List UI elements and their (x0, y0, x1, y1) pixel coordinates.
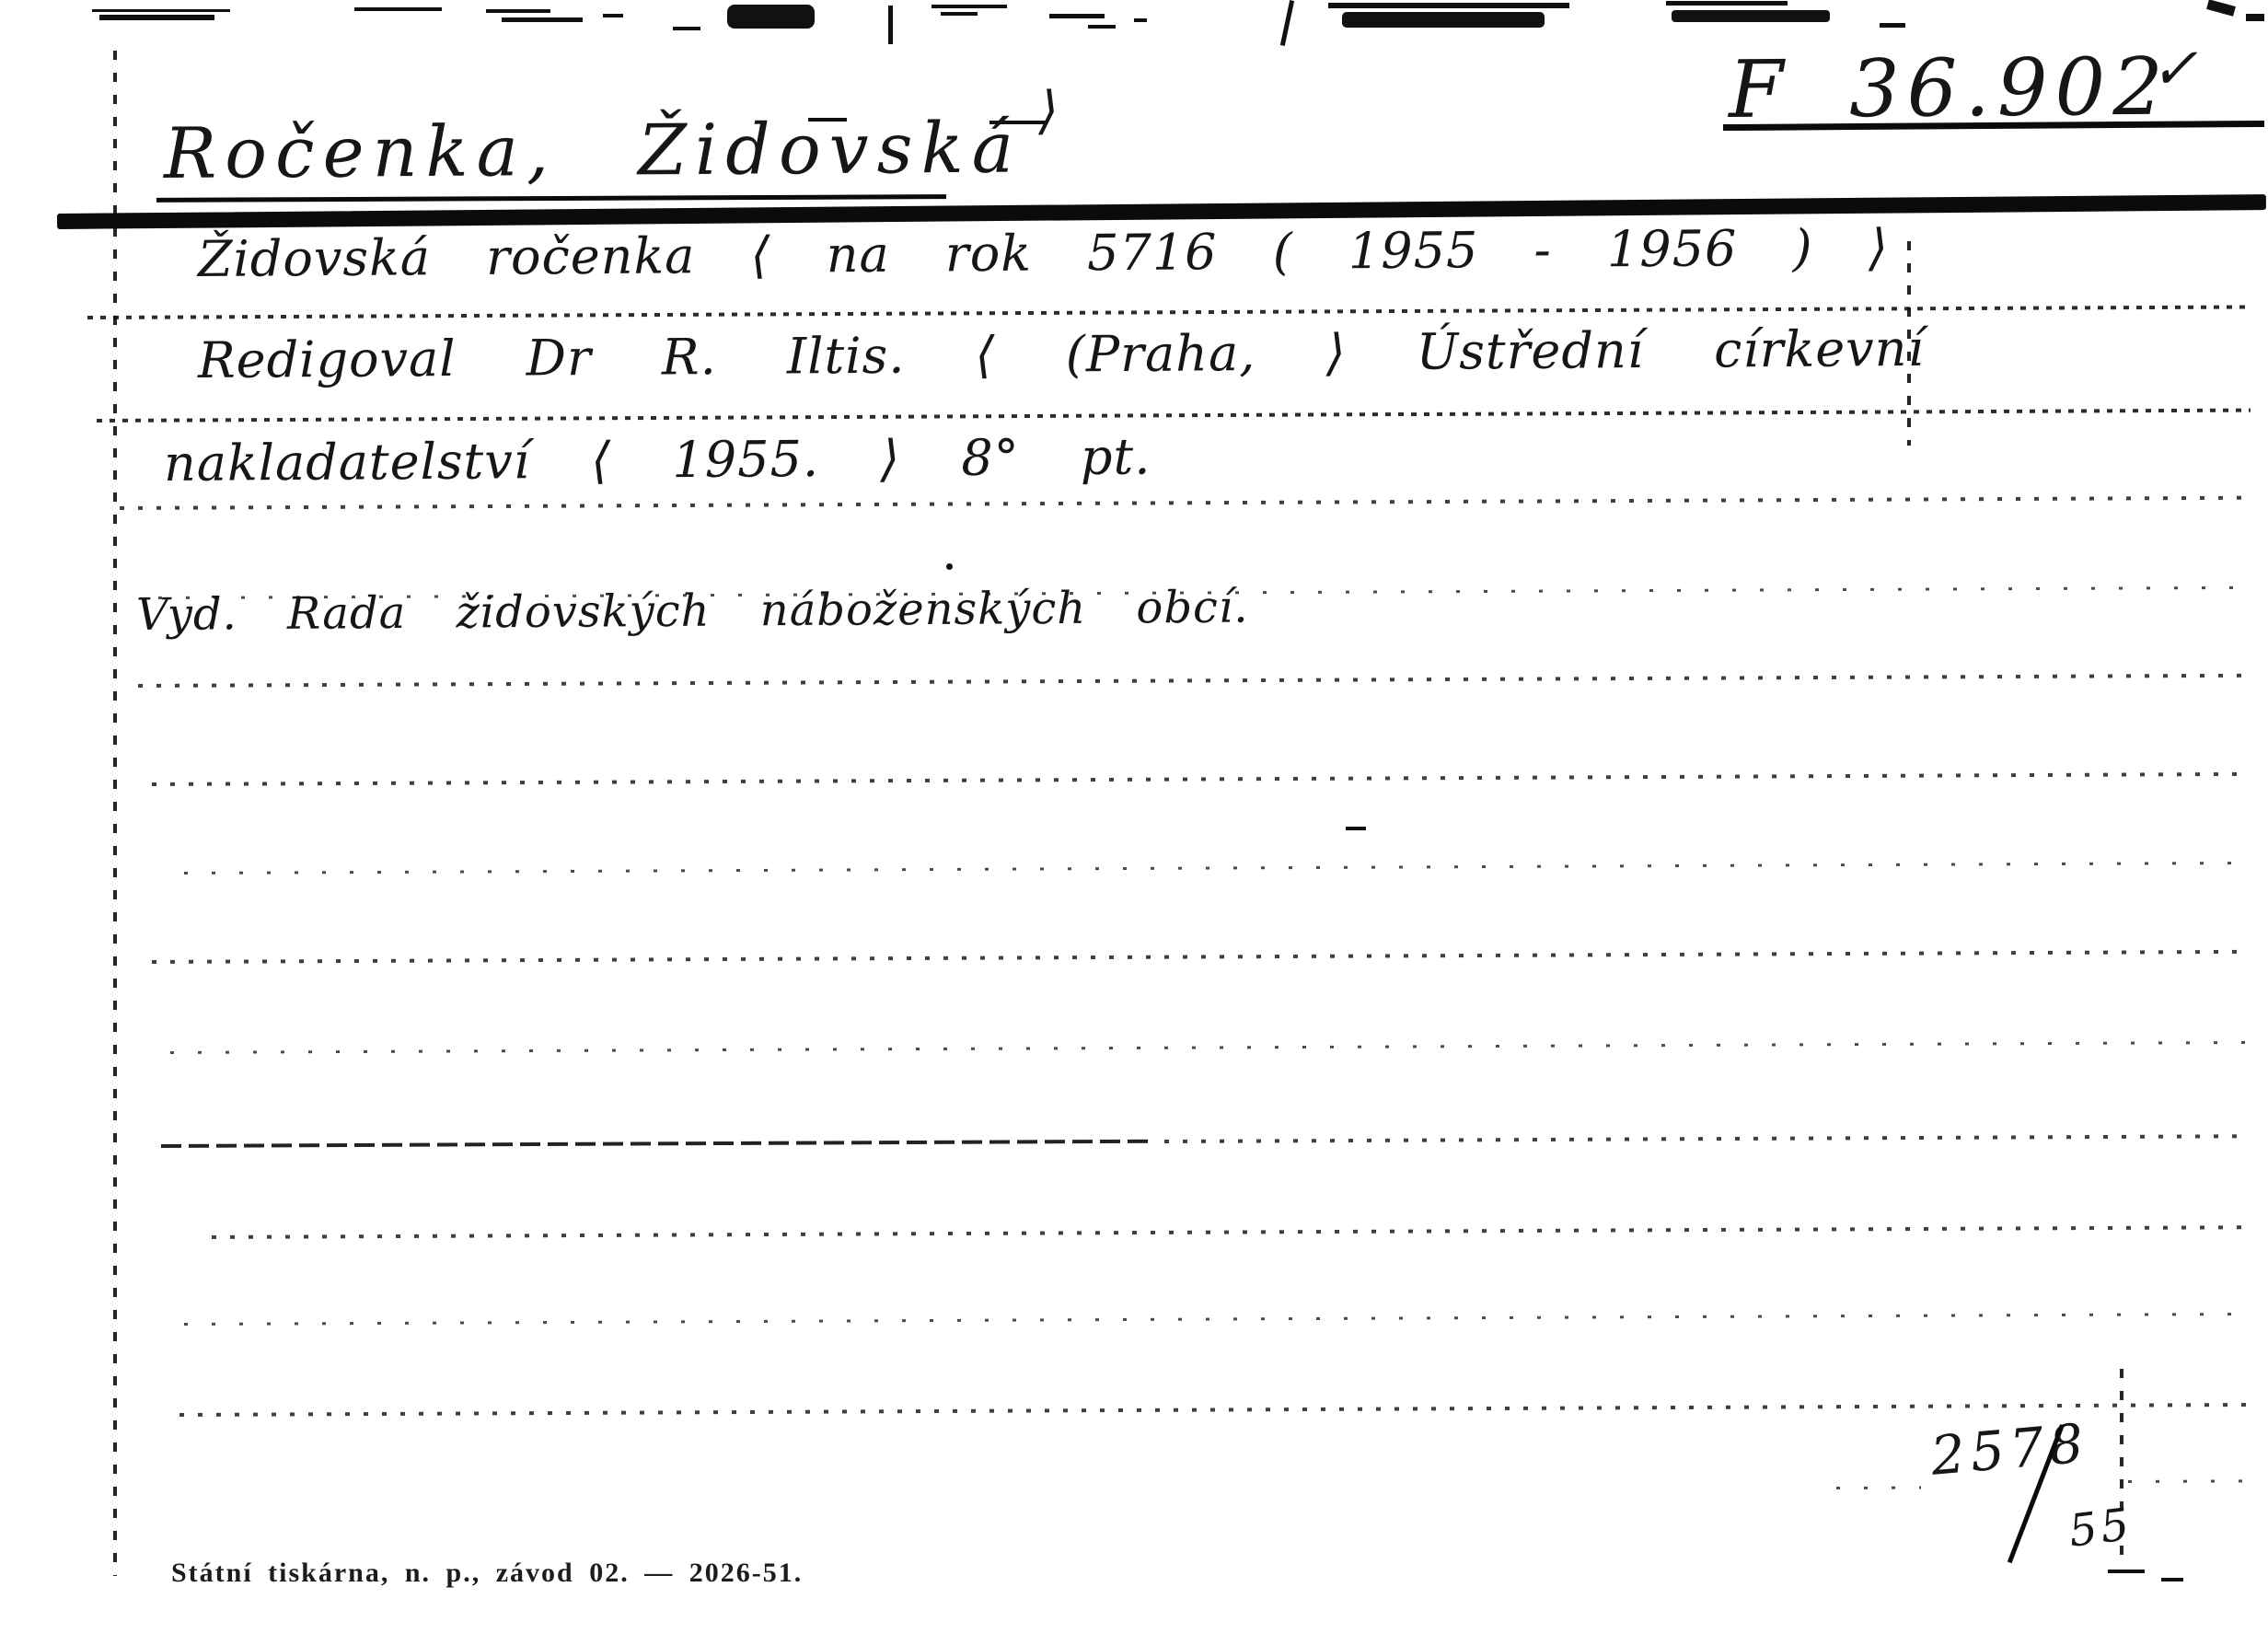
scan-noise (1666, 1, 1788, 6)
scan-noise (92, 9, 230, 12)
accession-numerator: 2578 (1928, 1411, 2091, 1488)
heading-underline (156, 194, 946, 203)
accession-denominator: 55 (2066, 1499, 2135, 1558)
ruled-line (97, 409, 2251, 423)
scan-noise (1328, 3, 1569, 8)
scan-noise (1049, 14, 1105, 18)
scan-noise (2206, 0, 2236, 17)
scan-noise (1280, 0, 1294, 46)
scan-noise (888, 6, 893, 44)
scan-noise (2108, 1570, 2145, 1573)
scan-noise (502, 17, 583, 22)
ruled-line (138, 674, 2251, 688)
scan-noise (931, 5, 1007, 8)
ruled-line (161, 1140, 1155, 1148)
ruled-line (152, 772, 2251, 786)
scan-noise (2246, 14, 2264, 21)
scan-noise (946, 563, 953, 570)
ruled-line (179, 1403, 2251, 1417)
call-number-checkmark: ✓ (2150, 35, 2198, 102)
scan-noise (673, 27, 700, 30)
scan-noise (727, 5, 815, 29)
scan-noise (1672, 10, 1830, 22)
ruled-line (1164, 1134, 2251, 1143)
scan-noise (603, 14, 623, 17)
heading-insert-mark: ⟩ (1038, 81, 1059, 141)
ruled-line (2128, 1479, 2250, 1483)
heading-entry: Ročenka, Židovská (164, 106, 1023, 194)
scan-noise (1880, 23, 1905, 28)
body-line-editor-statement: Redigoval Dr R. Iltis. ⟨ (Praha, ⟩ Ústře… (198, 319, 1925, 389)
scan-noise (2161, 1578, 2183, 1581)
scan-noise (1088, 25, 1116, 29)
ruled-line (184, 862, 2251, 875)
ruled-line (170, 1041, 2251, 1054)
scan-noise (1346, 827, 1366, 830)
scan-noise (99, 15, 214, 20)
body-line-title-statement: Židovská ročenka ⟨ na rok 5716 ( 1955 - … (198, 218, 1889, 288)
scan-noise (1134, 18, 1147, 22)
ruled-line (1836, 1487, 1921, 1489)
ruled-line (87, 306, 2251, 319)
scan-noise (486, 9, 550, 13)
scan-noise (354, 7, 442, 11)
scan-noise (941, 12, 978, 16)
ruled-line (152, 950, 2251, 964)
ruled-line (120, 496, 2251, 510)
ruled-line (212, 1225, 2251, 1239)
scan-noise (1342, 12, 1545, 28)
card-left-border (113, 51, 117, 1576)
body-line-issuing-body: Vyd. Rada židovských náboženských obcí. (136, 582, 1249, 641)
ruled-line (184, 1313, 2251, 1326)
body-line-publisher-statement: nakladatelství ⟨ 1955. ⟩ 8° pt. (164, 428, 1151, 492)
catalog-card: Ročenka, Židovská ⟩ F 36.902 ✓ Židovská … (0, 0, 2268, 1645)
imprint: Státní tiskárna, n. p., závod 02. — 2026… (171, 1558, 803, 1589)
